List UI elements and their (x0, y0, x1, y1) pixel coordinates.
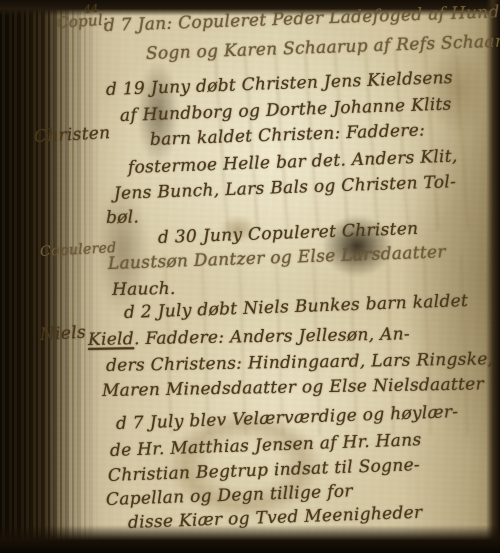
manuscript-line: d 7 July blev Velærværdige og høylær- (116, 402, 459, 434)
margin-note: Niels (39, 323, 86, 345)
manuscript-line: barn kaldet Christen: Faddere: (150, 120, 426, 150)
margin-note: Christen (33, 123, 110, 147)
manuscript-line: ders Christens: Hindingaard, Lars Ringsk… (106, 349, 494, 376)
manuscript-line: Kield. Faddere: Anders Jellesøn, An- (88, 324, 410, 350)
manuscript-line: Hauch. (112, 279, 176, 300)
handwriting-layer: 44Copul:ChristenCopuleredNielsd 7 Jan: C… (0, 0, 500, 553)
margin-note: Copul: (56, 10, 109, 32)
manuscript-line: Sogn og Karen Schaarup af Refs Schaarup, (146, 31, 500, 64)
manuscript-line: d 7 Jan: Copuleret Peder Ladefoged af Hu… (104, 1, 500, 36)
manuscript-line: Christian Begtrup indsat til Sogne- (108, 455, 421, 486)
margin-note: Copulered (40, 240, 117, 260)
manuscript-line: Maren Minedsdaatter og Else Nielsdaatter (102, 374, 484, 401)
manuscript-line: bøl. (106, 207, 140, 228)
manuscript-line: Jens Bunch, Lars Bals og Christen Tol- (114, 172, 457, 204)
manuscript-photo: 44Copul:ChristenCopuleredNielsd 7 Jan: C… (0, 0, 500, 553)
